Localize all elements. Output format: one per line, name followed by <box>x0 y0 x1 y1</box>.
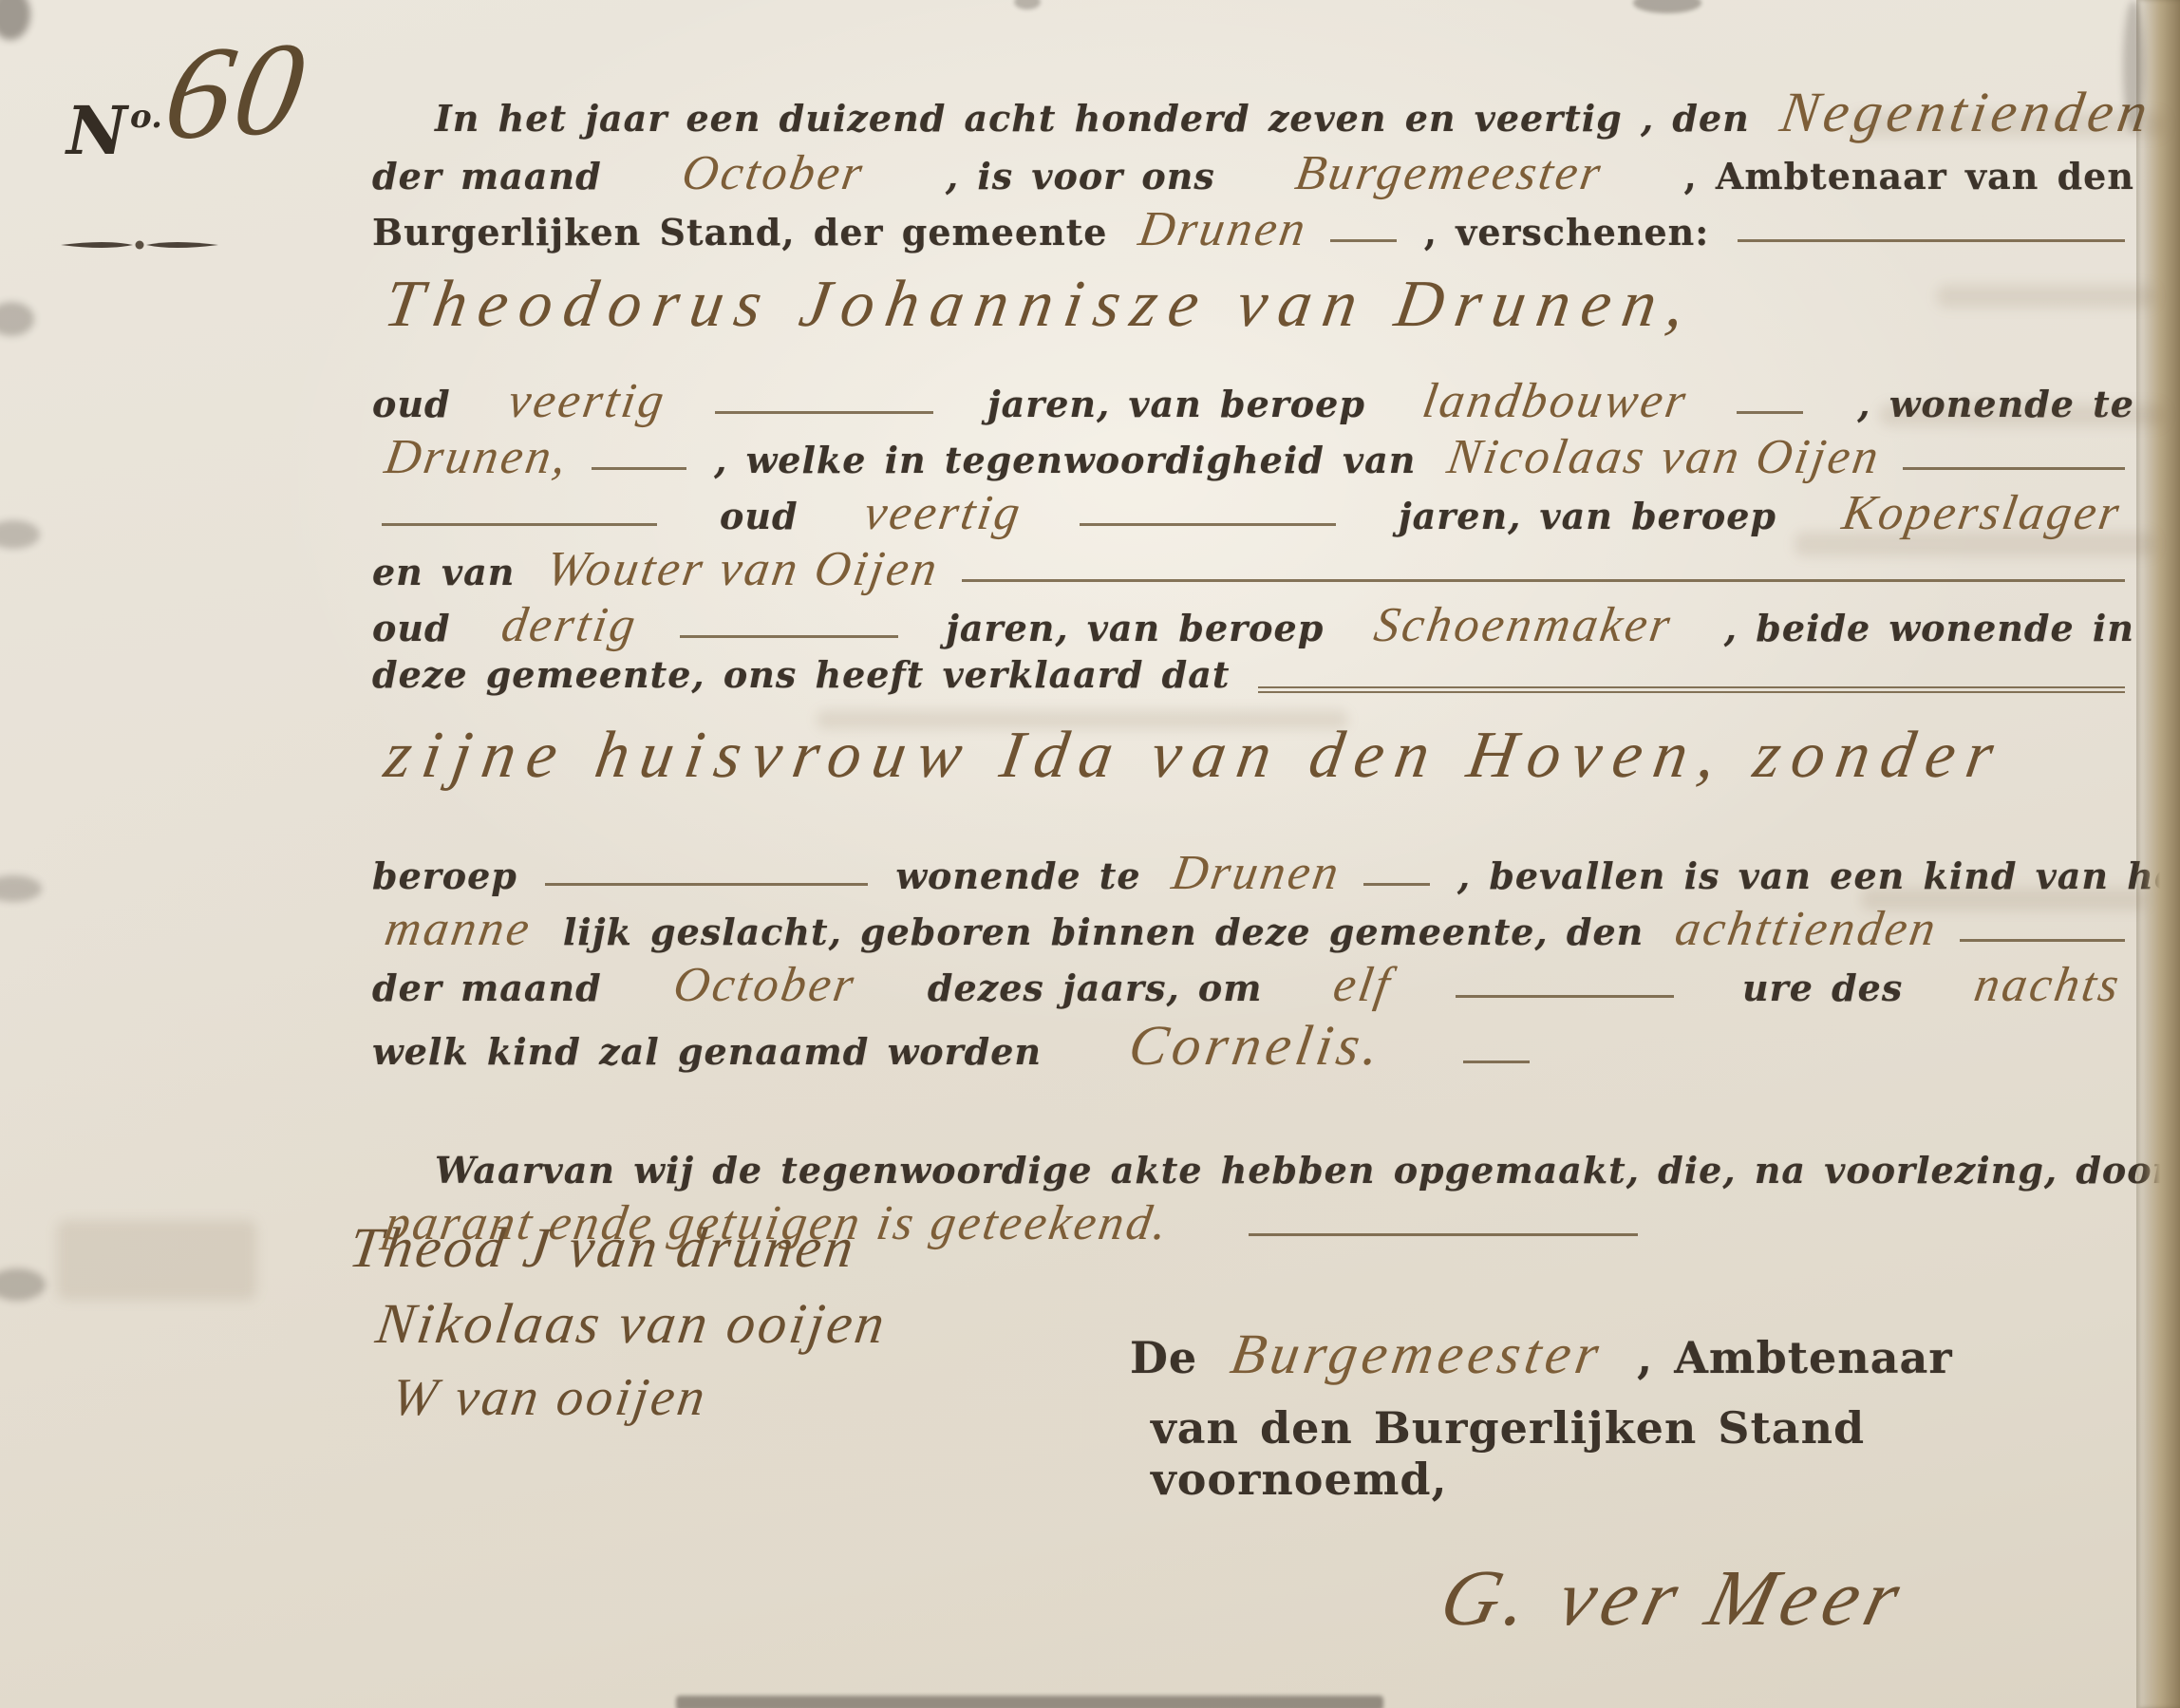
handwritten-text: Nicolaas van Oijen <box>1430 429 1898 485</box>
blank-line-rule <box>962 579 2125 582</box>
printed-text: , is voor ons <box>928 155 1233 197</box>
blank-line-rule <box>382 523 657 526</box>
handwritten-text: Wouter van Oijen <box>529 541 956 597</box>
printed-text: , Ambtenaar van den <box>1665 155 2134 197</box>
signatures-block: Theod J van drunen Nikolaas van ooijen W… <box>349 1215 886 1443</box>
signature-witness-1: Nikolaas van ooijen <box>370 1291 891 1367</box>
bleedthrough-mark <box>1861 888 2146 910</box>
act-number-value: 60 <box>155 10 317 170</box>
handwritten-text: October <box>656 957 874 1013</box>
handwritten-text: veertig <box>847 485 1040 541</box>
handwritten-text: landbouwer <box>1405 373 1705 429</box>
bleedthrough-mark <box>1880 404 2165 426</box>
printed-text: der maand <box>372 967 620 1009</box>
doc-line: der maand October dezes jaars, om elf ur… <box>372 957 2134 1013</box>
bleedthrough-mark <box>57 1220 256 1300</box>
handwritten-text: dertig <box>484 597 655 653</box>
blank-line-rule <box>1463 1060 1530 1063</box>
doc-line: deze gemeente, ons heeft verklaard dat <box>372 653 2134 708</box>
doc-line: oud veertig jaren, van beroep landbouwer… <box>372 373 2134 429</box>
printed-text: lijk geslacht, geboren binnen deze gemee… <box>545 910 1663 953</box>
doc-line: Drunen, , welke in tegenwoordigheid van … <box>372 429 2134 485</box>
bleedthrough-mark <box>817 710 1348 729</box>
doc-line: Waarvan wij de tegenwoordige akte hebben… <box>372 1139 2134 1195</box>
printed-text: Waarvan wij de tegenwoordige akte hebben… <box>435 1149 2180 1192</box>
officiant-block: De Burgemeester , Ambtenaar van den Burg… <box>1130 1322 2151 1644</box>
bleedthrough-mark <box>1851 112 2165 137</box>
doc-line: Theodorus Johannisze van Drunen, <box>372 267 2134 367</box>
ornament-rule <box>59 235 220 255</box>
printed-text: oud <box>372 607 469 649</box>
handwritten-text: October <box>665 145 882 201</box>
printed-text: De <box>1130 1332 1218 1383</box>
blank-line-rule <box>1738 239 2125 242</box>
blank-line-rule <box>1960 939 2125 942</box>
handwritten-text: elf <box>1317 957 1410 1013</box>
printed-text: deze gemeente, ons heeft verklaard dat <box>372 653 1249 696</box>
officiant-line1: De Burgemeester , Ambtenaar <box>1130 1322 2151 1387</box>
handwritten-text: Burgemeester <box>1213 1322 1622 1387</box>
blank-line-rule <box>1249 1233 1638 1236</box>
doc-line: oud dertig jaren, van beroep Schoenmaker… <box>372 597 2134 653</box>
blank-line-rule <box>680 635 898 638</box>
blank-line-rule <box>1080 523 1336 526</box>
printed-text: , Ambtenaar <box>1616 1332 1952 1383</box>
bleedthrough-mark <box>1937 285 2155 308</box>
printed-text: wonende te <box>877 854 1159 897</box>
printed-text: ure des <box>1724 967 1922 1009</box>
scanned-page: { "document_type": "Dutch civil birth re… <box>0 0 2180 1708</box>
blank-line-rule <box>1737 411 1803 414</box>
printed-text: welk kind zal genaamd worden <box>372 1030 1060 1073</box>
printed-text: oud <box>372 383 469 425</box>
handwritten-text: Drunen <box>1155 845 1358 901</box>
printed-text: jaren, van beroep <box>928 607 1343 649</box>
spacer <box>1397 1063 1454 1064</box>
handwritten-text: manne <box>367 901 549 957</box>
printed-text: jaren, van beroep <box>969 383 1384 425</box>
doc-line: zijne huisvrouw Ida van den Hoven, zonde… <box>372 718 2134 818</box>
printed-text: en van <box>372 551 534 593</box>
doc-line: welk kind zal genaamd worden Cornelis. <box>372 1013 2134 1079</box>
printed-text: , beide wonende in <box>1706 607 2134 649</box>
handwritten-text: nachts <box>1957 957 2138 1013</box>
printed-text: , verschenen: <box>1406 211 1728 253</box>
handwritten-text: Schoenmaker <box>1358 597 1690 653</box>
stain-mark <box>676 1696 1383 1708</box>
handwritten-text: zijne huisvrouw Ida van den Hoven, zonde… <box>366 718 2023 794</box>
handwritten-text: Drunen <box>1121 201 1325 257</box>
handwritten-text: Cornelis. <box>1112 1013 1402 1079</box>
signature-witness-2: W van ooijen <box>385 1367 891 1443</box>
blank-line-rule <box>1258 686 2125 693</box>
handwritten-text: Drunen, <box>367 429 586 485</box>
officiant-line2: van den Burgerlijken Stand voornoemd, <box>1151 1402 2151 1505</box>
blank-line-rule <box>1903 467 2125 470</box>
page-edge-band <box>2136 0 2180 1708</box>
spacer <box>1060 1063 1117 1064</box>
doc-line: Burgerlijken Stand, der gemeente Drunen … <box>372 201 2134 257</box>
blank-line-rule <box>715 411 933 414</box>
act-number-label-main: N <box>66 91 127 170</box>
printed-text: dezes jaars, om <box>910 967 1281 1009</box>
act-number-label: No. <box>66 91 162 170</box>
printed-text: Burgerlijken Stand, der gemeente <box>372 211 1126 253</box>
blank-line-rule <box>545 883 868 886</box>
handwritten-text: veertig <box>491 373 684 429</box>
printed-text: oud <box>702 495 817 537</box>
handwritten-text: Burgemeester <box>1279 145 1621 201</box>
bleedthrough-mark <box>1795 532 2155 556</box>
blank-line-rule <box>1456 995 1674 998</box>
printed-text: In het jaar een duizend acht honderd zev… <box>435 97 1768 140</box>
printed-text: jaren, van beroep <box>1381 495 1795 537</box>
printed-text: der maand <box>372 155 620 197</box>
printed-text: , welke in tegenwoordigheid van <box>696 439 1435 481</box>
handwritten-text: Theodorus Johannisze van Drunen, <box>366 267 1715 343</box>
blank-line-rule <box>1363 883 1430 886</box>
signature-father: Theod J van drunen <box>344 1215 891 1291</box>
printed-text: beroep <box>372 854 536 897</box>
act-number-label-sup: o. <box>130 98 162 136</box>
doc-line: der maand October , is voor ons Burgemee… <box>372 145 2134 201</box>
spacer <box>1182 1238 1239 1239</box>
signature-registrar: G. ver Meer <box>1432 1552 1915 1644</box>
blank-line-rule <box>592 467 686 470</box>
document-body: In het jaar een duizend acht honderd zev… <box>372 80 2134 1251</box>
blank-line-rule <box>1330 239 1397 242</box>
